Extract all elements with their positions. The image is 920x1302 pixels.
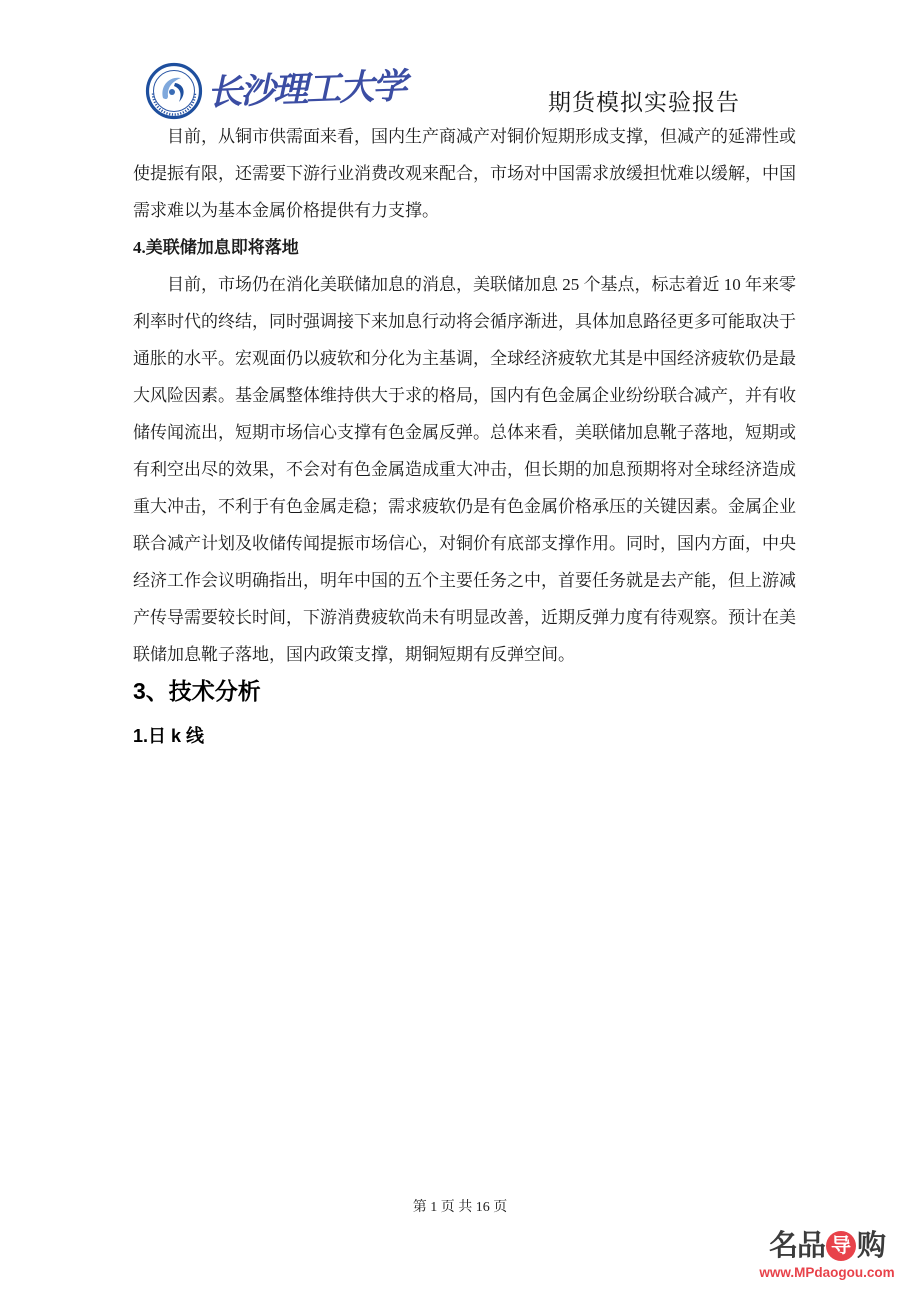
paragraph-line: 目前，从铜市供需面来看，国内生产商减产对铜价短期形成支撑，但减产的延滞性或 (133, 118, 788, 155)
paragraph-line: 重大冲击，不利于有色金属走稳；需求疲软仍是有色金属价格承压的关键因素。金属企业 (133, 488, 788, 525)
document-page: 长沙理工大学 期货模拟实验报告 目前，从铜市供需面来看，国内生产商减产对铜价短期… (0, 0, 920, 1302)
paragraph-line: 需求难以为基本金属价格提供有力支撑。 (133, 192, 788, 229)
paragraph-line: 联合减产计划及收储传闻提振市场信心，对铜价有底部支撑作用。同时，国内方面，中央 (133, 525, 788, 562)
brand-circle-icon: 导 (826, 1231, 856, 1261)
paragraph-line: 通胀的水平。宏观面仍以疲软和分化为主基调，全球经济疲软尤其是中国经济疲软仍是最 (133, 340, 788, 377)
subsection-heading-4: 4.美联储加息即将落地 (133, 229, 788, 266)
document-body: 目前，从铜市供需面来看，国内生产商减产对铜价短期形成支撑，但减产的延滞性或 使提… (133, 118, 788, 749)
paragraph-line: 使提振有限，还需要下游行业消费改观来配合，市场对中国需求放缓担忧难以缓解，中国 (133, 155, 788, 192)
paragraph-line: 利率时代的终结，同时强调接下来加息行动将会循序渐进，具体加息路径更多可能取决于 (133, 303, 788, 340)
section-heading-3: 3、技术分析 (133, 676, 788, 706)
paragraph-line: 产传导需要较长时间，下游消费疲软尚未有明显改善，近期反弹力度有待观察。预计在美 (133, 599, 788, 636)
paragraph-line: 经济工作会议明确指出，明年中国的五个主要任务之中，首要任务就是去产能，但上游减 (133, 562, 788, 599)
report-title: 期货模拟实验报告 (548, 84, 740, 117)
university-name: 长沙理工大学 (206, 59, 406, 116)
university-logo-icon (145, 62, 203, 120)
paragraph-line: 有利空出尽的效果，不会对有色金属造成重大冲击，但长期的加息预期将对全球经济造成 (133, 451, 788, 488)
mpdaogou-brand: 名品 导 购 (756, 1229, 898, 1263)
mpdaogou-url: www.MPdaogou.com (756, 1265, 898, 1280)
page-number: 第 1 页 共 16 页 (0, 1196, 920, 1216)
brand-text-right: 购 (857, 1229, 885, 1263)
brand-text-left: 名品 (769, 1229, 825, 1263)
paragraph-line: 联储加息靴子落地，国内政策支撑，期铜短期有反弹空间。 (133, 636, 788, 673)
paragraph-line: 目前，市场仍在消化美联储加息的消息，美联储加息 25 个基点，标志着近 10 年… (133, 266, 788, 303)
subsection-heading-1: 1.日 k 线 (133, 723, 788, 749)
paragraph-line: 大风险因素。基金属整体维持供大于求的格局，国内有色金属企业纷纷联合减产，并有收 (133, 377, 788, 414)
mpdaogou-watermark: 名品 导 购 www.MPdaogou.com (756, 1229, 898, 1280)
paragraph-line: 储传闻流出，短期市场信心支撑有色金属反弹。总体来看，美联储加息靴子落地，短期或 (133, 414, 788, 451)
